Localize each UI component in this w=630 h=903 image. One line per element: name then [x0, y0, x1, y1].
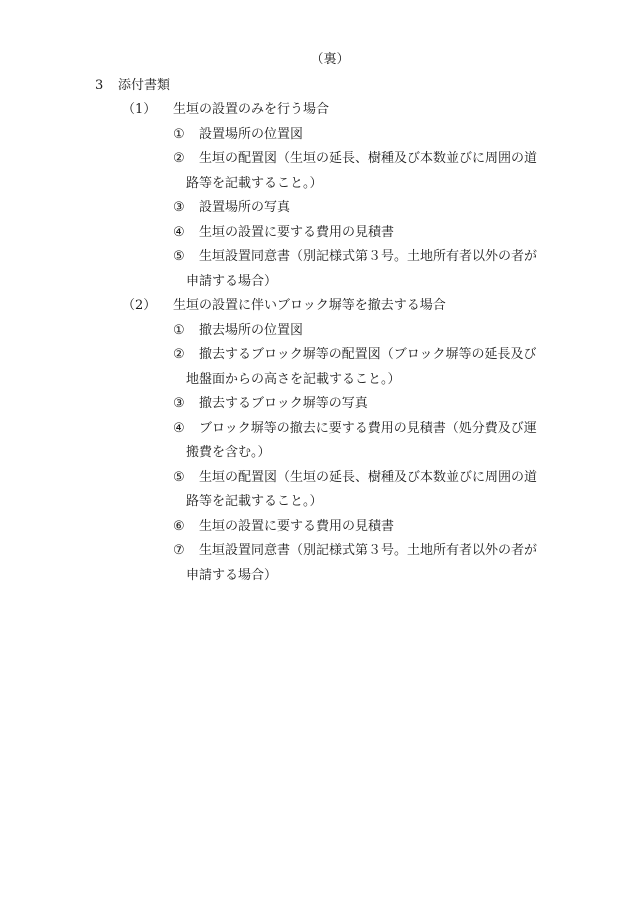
item-mark: ①: [173, 323, 185, 339]
subsection-2-title: 生垣の設置に伴いブロック塀等を撤去する場合: [173, 298, 446, 314]
item-mark: ①: [173, 127, 185, 143]
item-mark: ⑤: [173, 470, 185, 486]
item-mark: ⑦: [173, 543, 185, 559]
item-mark: ⑥: [173, 519, 185, 535]
list-item: 生垣の配置図（生垣の延長、樹種及び本数並びに周囲の道: [199, 470, 537, 486]
item-mark: ③: [173, 200, 185, 216]
list-item: 生垣の設置に要する費用の見積書: [199, 519, 394, 535]
list-item-continued: 申請する場合）: [186, 274, 277, 290]
list-item: 撤去するブロック塀等の写真: [199, 396, 368, 412]
item-mark: ⑤: [173, 249, 185, 265]
page-title: （裏）: [0, 52, 630, 68]
item-mark: ③: [173, 396, 185, 412]
list-item: 撤去場所の位置図: [199, 323, 303, 339]
list-item: 生垣設置同意書（別記様式第３号。土地所有者以外の者が: [199, 249, 537, 265]
list-item-continued: 路等を記載すること。）: [186, 176, 323, 192]
list-item-continued: 地盤面からの高さを記載すること。）: [186, 372, 401, 388]
list-item: 生垣の配置図（生垣の延長、樹種及び本数並びに周囲の道: [199, 151, 537, 167]
subsection-1-title: 生垣の設置のみを行う場合: [173, 102, 329, 118]
subsection-2-label: （2）: [122, 298, 156, 314]
list-item: ブロック塀等の撤去に要する費用の見積書（処分費及び運: [199, 421, 537, 437]
list-item: 生垣の設置に要する費用の見積書: [199, 225, 394, 241]
item-mark: ④: [173, 421, 185, 437]
section-title: 添付書類: [118, 78, 170, 94]
list-item: 設置場所の写真: [199, 200, 290, 216]
section-number: 3: [95, 78, 103, 94]
list-item-continued: 搬費を含む。）: [186, 445, 271, 461]
list-item: 撤去するブロック塀等の配置図（ブロック塀等の延長及び: [199, 347, 536, 363]
item-mark: ②: [173, 347, 185, 363]
subsection-1-label: （1）: [122, 102, 156, 118]
list-item-continued: 路等を記載すること。）: [186, 494, 323, 510]
item-mark: ④: [173, 225, 185, 241]
item-mark: ②: [173, 151, 185, 167]
list-item: 設置場所の位置図: [199, 127, 303, 143]
list-item-continued: 申請する場合）: [186, 568, 277, 584]
list-item: 生垣設置同意書（別記様式第３号。土地所有者以外の者が: [199, 543, 537, 559]
